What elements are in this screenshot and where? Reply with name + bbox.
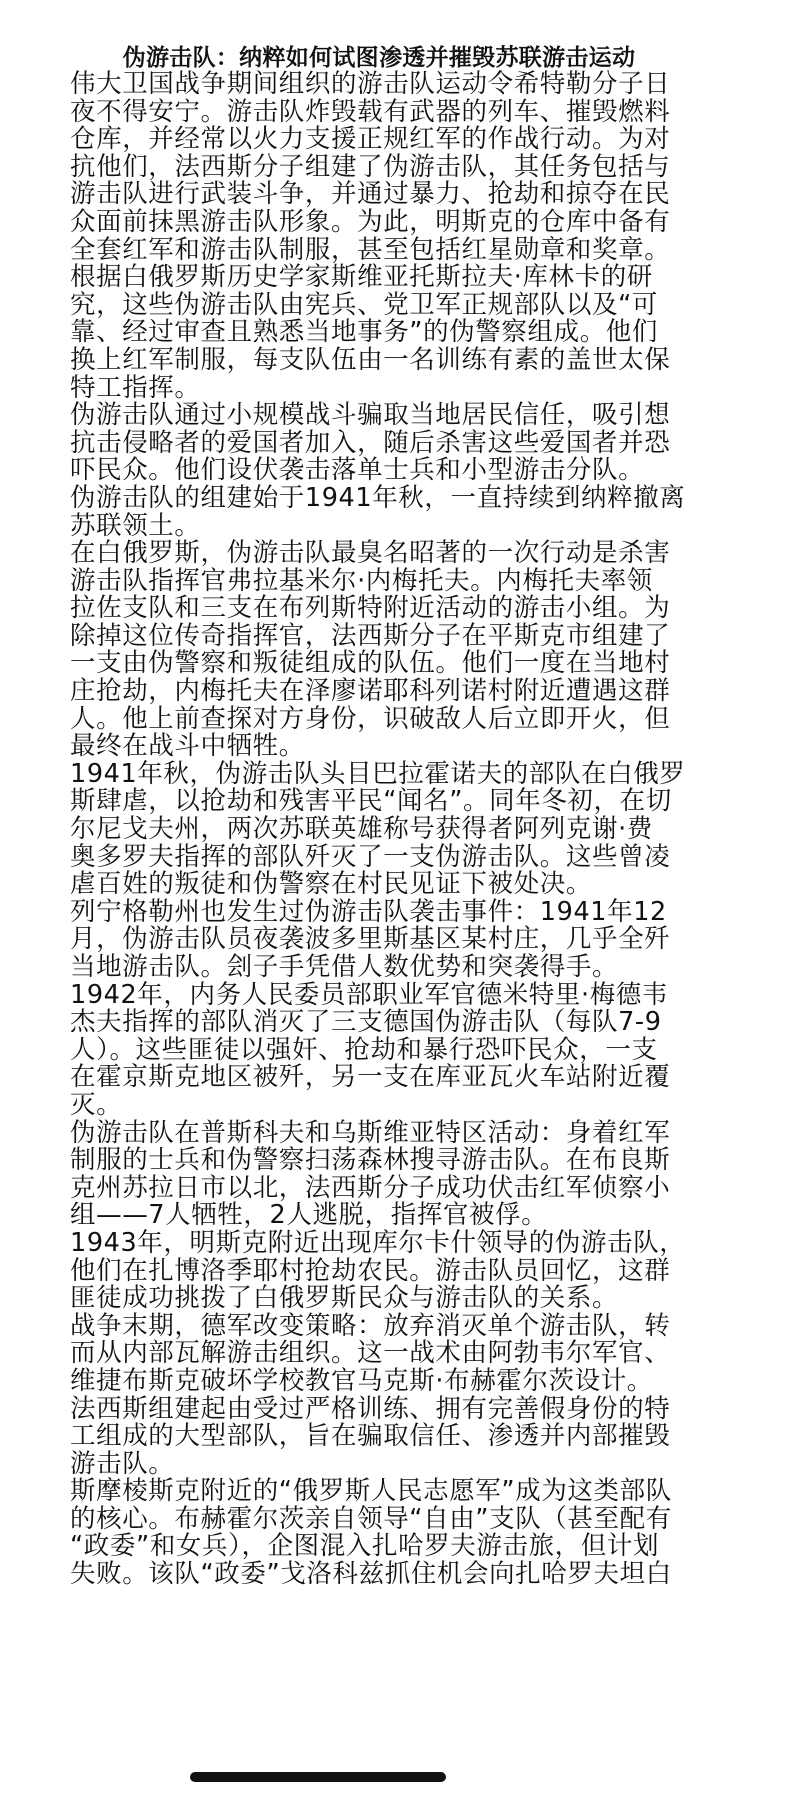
text-line: 换上红军制服，每支队伍由一名训练有素的盖世太保: [70, 347, 710, 375]
text-line: 列宁格勒州也发生过伪游击队袭击事件：1941年12: [70, 899, 710, 927]
paragraph: 列宁格勒州也发生过伪游击队袭击事件：1941年12月，伪游击队员夜袭波多里斯基区…: [70, 899, 710, 982]
text-line: 制服的士兵和伪警察扫荡森林搜寻游击队。在布良斯: [70, 1147, 710, 1175]
text-line: 月，伪游击队员夜袭波多里斯基区某村庄，几乎全歼: [70, 926, 710, 954]
article-body: 伟大卫国战争期间组织的游击队运动令希特勒分子日夜不得安宁。游击队炸毁载有武器的列…: [70, 71, 710, 1589]
text-line: 他们在扎博洛季耶村抢劫农民。游击队员回忆，这群: [70, 1258, 710, 1286]
text-line: 杰夫指挥的部队消灭了三支德国伪游击队（每队7-9: [70, 1009, 710, 1037]
text-line: 特工指挥。: [70, 375, 710, 403]
text-line: 根据白俄罗斯历史学家斯维亚托斯拉夫·库林卡的研: [70, 264, 710, 292]
paragraph: 1943年，明斯克附近出现库尔卡什领导的伪游击队，他们在扎博洛季耶村抢劫农民。游…: [70, 1230, 710, 1313]
paragraph: 斯摩棱斯克附近的“俄罗斯人民志愿军”成为这类部队的核心。布赫霍尔茨亲自领导“自由…: [70, 1478, 710, 1588]
paragraph: 伟大卫国战争期间组织的游击队运动令希特勒分子日夜不得安宁。游击队炸毁载有武器的列…: [70, 71, 710, 402]
paragraph: 1942年，内务人民委员部职业军官德米特里·梅德韦杰夫指挥的部队消灭了三支德国伪…: [70, 982, 710, 1120]
text-line: 在白俄罗斯，伪游击队最臭名昭著的一次行动是杀害: [70, 540, 710, 568]
text-line: 尔尼戈夫州，两次苏联英雄称号获得者阿列克谢·费: [70, 816, 710, 844]
text-line: 抗击侵略者的爱国者加入，随后杀害这些爱国者并恐: [70, 430, 710, 458]
text-line: 游击队进行武装斗争，并通过暴力、抢劫和掠夺在民: [70, 181, 710, 209]
text-line: 克州苏拉日市以北，法西斯分子成功伏击红军侦察小: [70, 1175, 710, 1203]
text-line: 人）。这些匪徒以强奸、抢劫和暴行恐吓民众，一支: [70, 1037, 710, 1065]
text-line: 而从内部瓦解游击组织。这一战术由阿勃韦尔军官、: [70, 1340, 710, 1368]
text-line: 全套红军和游击队制服，甚至包括红星勋章和奖章。: [70, 237, 710, 265]
text-line: 虐百姓的叛徒和伪警察在村民见证下被处决。: [70, 871, 710, 899]
text-line: 斯摩棱斯克附近的“俄罗斯人民志愿军”成为这类部队: [70, 1478, 710, 1506]
text-line: 法西斯组建起由受过严格训练、拥有完善假身份的特: [70, 1396, 710, 1424]
article-title: 伪游击队：纳粹如何试图渗透并摧毁苏联游击运动: [70, 44, 688, 72]
text-line: 靠、经过审查且熟悉当地事务”的伪警察组成。他们: [70, 319, 710, 347]
paragraph: 伪游击队的组建始于1941年秋，一直持续到纳粹撤离苏联领土。: [70, 485, 710, 540]
text-line: 除掉这位传奇指挥官，法西斯分子在平斯克市组建了: [70, 623, 710, 651]
text-line: 夜不得安宁。游击队炸毁载有武器的列车、摧毁燃料: [70, 99, 710, 127]
text-line: 匪徒成功挑拨了白俄罗斯民众与游击队的关系。: [70, 1285, 710, 1313]
text-line: 一支由伪警察和叛徒组成的队伍。他们一度在当地村: [70, 650, 710, 678]
text-line: 工组成的大型部队，旨在骗取信任、渗透并内部摧毁: [70, 1423, 710, 1451]
paragraph: 战争末期，德军改变策略：放弃消灭单个游击队，转而从内部瓦解游击组织。这一战术由阿…: [70, 1313, 710, 1479]
text-line: 在霍京斯克地区被歼，另一支在库亚瓦火车站附近覆: [70, 1064, 710, 1092]
text-line: 奥多罗夫指挥的部队歼灭了一支伪游击队。这些曾凌: [70, 844, 710, 872]
text-line: 维捷布斯克破坏学校教官马克斯·布赫霍尔茨设计。: [70, 1368, 710, 1396]
text-line: 庄抢劫，内梅托夫在泽廖诺耶科列诺村附近遭遇这群: [70, 678, 710, 706]
text-line: 伪游击队通过小规模战斗骗取当地居民信任，吸引想: [70, 402, 710, 430]
article-page: 伪游击队：纳粹如何试图渗透并摧毁苏联游击运动 伟大卫国战争期间组织的游击队运动令…: [0, 0, 800, 1800]
paragraph: 伪游击队通过小规模战斗骗取当地居民信任，吸引想抗击侵略者的爱国者加入，随后杀害这…: [70, 402, 710, 485]
text-line: 1942年，内务人民委员部职业军官德米特里·梅德韦: [70, 982, 710, 1010]
text-line: 吓民众。他们设伏袭击落单士兵和小型游击分队。: [70, 457, 710, 485]
text-line: 失败。该队“政委”戈洛科兹抓住机会向扎哈罗夫坦白: [70, 1561, 710, 1589]
text-line: 1943年，明斯克附近出现库尔卡什领导的伪游击队，: [70, 1230, 710, 1258]
paragraph: 伪游击队在普斯科夫和乌斯维亚特区活动：身着红军制服的士兵和伪警察扫荡森林搜寻游击…: [70, 1120, 710, 1230]
text-line: 斯肆虐，以抢劫和残害平民“闻名”。同年冬初，在切: [70, 788, 710, 816]
text-line: 究，这些伪游击队由宪兵、党卫军正规部队以及“可: [70, 292, 710, 320]
text-line: 抗他们，法西斯分子组建了伪游击队，其任务包括与: [70, 154, 710, 182]
text-line: 游击队。: [70, 1451, 710, 1479]
text-line: 灭。: [70, 1092, 710, 1120]
paragraph: 在白俄罗斯，伪游击队最臭名昭著的一次行动是杀害游击队指挥官弗拉基米尔·内梅托夫。…: [70, 540, 710, 761]
text-line: “政委”和女兵），企图混入扎哈罗夫游击旅，但计划: [70, 1533, 710, 1561]
text-line: 苏联领土。: [70, 513, 710, 541]
text-line: 游击队指挥官弗拉基米尔·内梅托夫。内梅托夫率领: [70, 568, 710, 596]
text-line: 仓库，并经常以火力支援正规红军的作战行动。为对: [70, 126, 710, 154]
text-line: 最终在战斗中牺牲。: [70, 733, 710, 761]
text-line: 伪游击队在普斯科夫和乌斯维亚特区活动：身着红军: [70, 1120, 710, 1148]
home-indicator-bar[interactable]: [190, 1772, 446, 1782]
text-line: 伪游击队的组建始于1941年秋，一直持续到纳粹撤离: [70, 485, 710, 513]
text-line: 众面前抹黑游击队形象。为此，明斯克的仓库中备有: [70, 209, 710, 237]
text-line: 拉佐支队和三支在布列斯特附近活动的游击小组。为: [70, 595, 710, 623]
text-line: 的核心。布赫霍尔茨亲自领导“自由”支队（甚至配有: [70, 1506, 710, 1534]
text-line: 组——7人牺牲，2人逃脱，指挥官被俘。: [70, 1202, 710, 1230]
text-line: 1941年秋，伪游击队头目巴拉霍诺夫的部队在白俄罗: [70, 761, 710, 789]
text-line: 战争末期，德军改变策略：放弃消灭单个游击队，转: [70, 1313, 710, 1341]
paragraph: 1941年秋，伪游击队头目巴拉霍诺夫的部队在白俄罗斯肆虐，以抢劫和残害平民“闻名…: [70, 761, 710, 899]
text-line: 人。他上前查探对方身份，识破敌人后立即开火，但: [70, 706, 710, 734]
text-line: 当地游击队。刽子手凭借人数优势和突袭得手。: [70, 954, 710, 982]
text-line: 伟大卫国战争期间组织的游击队运动令希特勒分子日: [70, 71, 710, 99]
